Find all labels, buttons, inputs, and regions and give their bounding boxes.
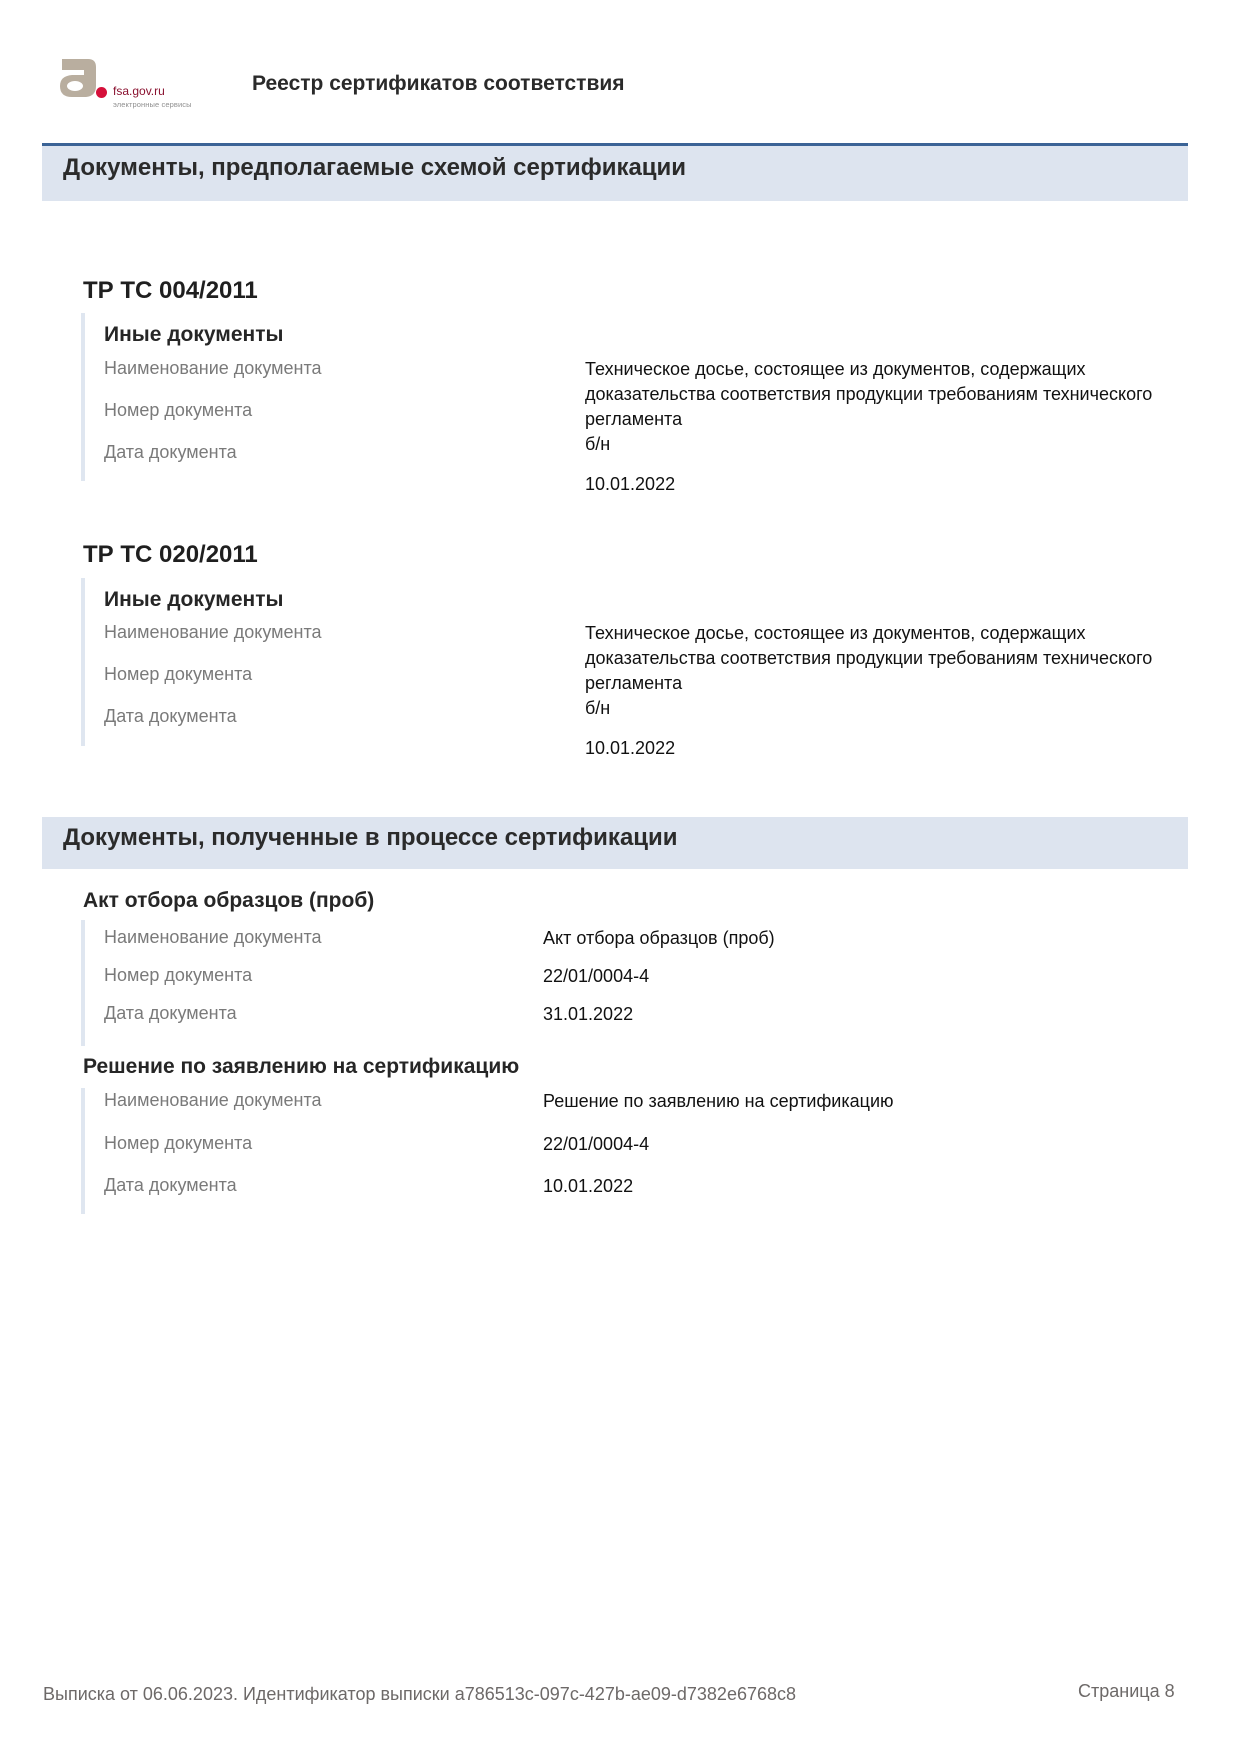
- document-title: Акт отбора образцов (проб): [83, 889, 374, 913]
- page-title: Реестр сертификатов соответствия: [252, 72, 625, 96]
- field-label-doc-date: Дата документа: [104, 1175, 237, 1196]
- section-title: Документы, предполагаемые схемой сертифи…: [63, 154, 686, 182]
- document-side-bar: [81, 1088, 85, 1214]
- field-value-doc-name: Техническое досье, состоящее из документ…: [585, 357, 1191, 432]
- document-side-bar: [81, 920, 85, 1046]
- field-label-doc-number: Номер документа: [104, 965, 252, 986]
- logo-subtitle: электронные сервисы: [113, 100, 192, 109]
- section-header-obtained-documents: Документы, полученные в процессе сертифи…: [42, 817, 1188, 869]
- field-value-doc-date: 10.01.2022: [585, 472, 1191, 497]
- subgroup-title: Иные документы: [104, 323, 283, 347]
- field-label-doc-date: Дата документа: [104, 706, 237, 727]
- field-value-doc-number: б/н: [585, 432, 1191, 457]
- section-title: Документы, полученные в процессе сертифи…: [63, 824, 678, 852]
- field-label-doc-name: Наименование документа: [104, 622, 322, 643]
- field-label-doc-name: Наименование документа: [104, 358, 322, 379]
- field-label-doc-name: Наименование документа: [104, 927, 322, 948]
- field-label-doc-number: Номер документа: [104, 664, 252, 685]
- logo-site-text: fsa.gov.ru: [113, 84, 165, 98]
- section-header-planned-documents: Документы, предполагаемые схемой сертифи…: [42, 143, 1188, 201]
- subgroup-title: Иные документы: [104, 588, 283, 612]
- document-title: Решение по заявлению на сертификацию: [83, 1055, 519, 1079]
- logo-red-dot-icon: [96, 87, 107, 98]
- field-label-doc-date: Дата документа: [104, 1003, 237, 1024]
- field-value-doc-number: б/н: [585, 696, 1191, 721]
- field-label-doc-name: Наименование документа: [104, 1090, 322, 1111]
- field-value-doc-number: 22/01/0004-4: [543, 1132, 649, 1157]
- field-value-doc-name: Акт отбора образцов (проб): [543, 926, 775, 951]
- page-number: Страница 8: [1078, 1681, 1175, 1702]
- field-value-doc-date: 10.01.2022: [543, 1174, 633, 1199]
- field-label-doc-number: Номер документа: [104, 1133, 252, 1154]
- field-label-doc-number: Номер документа: [104, 400, 252, 421]
- field-value-doc-date: 10.01.2022: [585, 736, 1191, 761]
- regulation-title: ТР ТС 020/2011: [83, 541, 258, 569]
- field-value-doc-name: Техническое досье, состоящее из документ…: [585, 621, 1191, 696]
- field-value-doc-name: Решение по заявлению на сертификацию: [543, 1089, 894, 1114]
- regulation-title: ТР ТС 004/2011: [83, 277, 258, 305]
- group-side-bar: [81, 578, 85, 746]
- field-label-doc-date: Дата документа: [104, 442, 237, 463]
- footer-extract-info: Выписка от 06.06.2023. Идентификатор вып…: [43, 1684, 796, 1705]
- field-value-doc-date: 31.01.2022: [543, 1002, 633, 1027]
- fsa-logo: fsa.gov.ru электронные сервисы: [58, 56, 208, 110]
- field-value-doc-number: 22/01/0004-4: [543, 964, 649, 989]
- group-side-bar: [81, 313, 85, 481]
